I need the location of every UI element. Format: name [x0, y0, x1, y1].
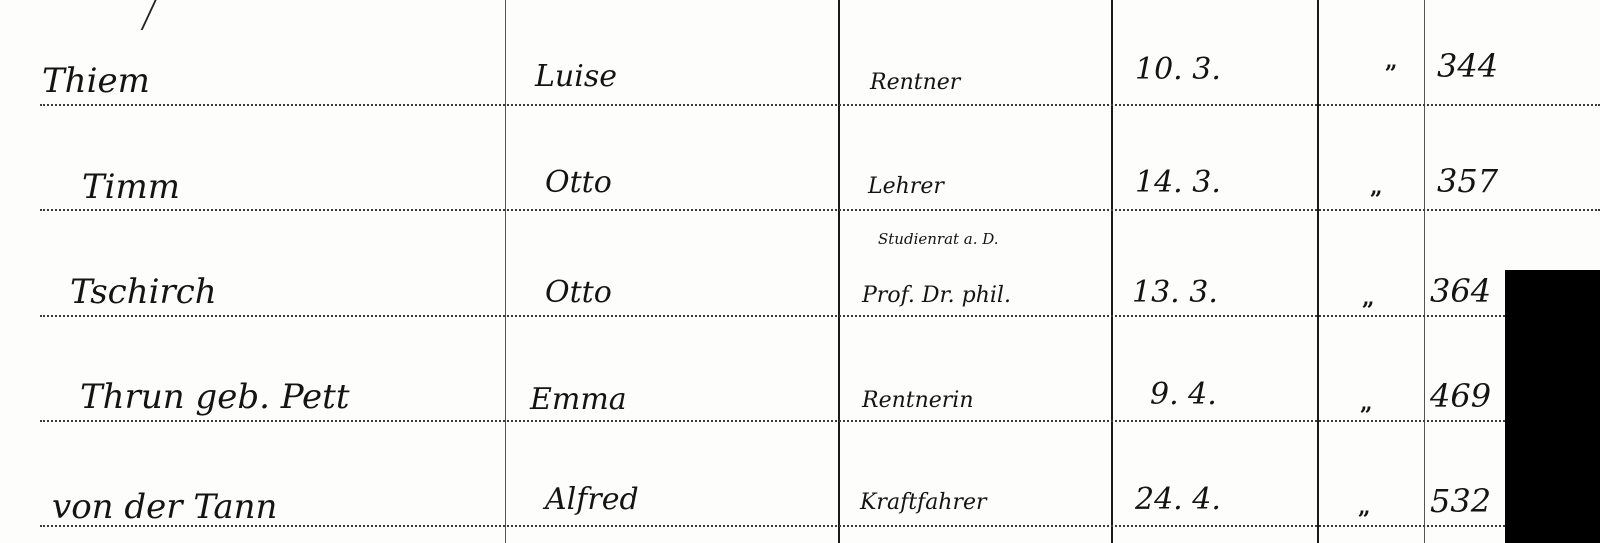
entry-number: 357 — [1437, 165, 1498, 197]
given-name: Emma — [530, 385, 627, 415]
entry-number: 532 — [1430, 485, 1491, 517]
occupation-note: Studienrat a. D. — [878, 232, 999, 247]
surname: Thiem — [42, 64, 150, 98]
entry-number: 469 — [1430, 380, 1491, 412]
column-divider — [505, 0, 506, 543]
occupation: Lehrer — [868, 176, 944, 198]
ink-stroke — [111, 0, 162, 30]
column-divider — [1111, 0, 1113, 543]
date: 24. 4. — [1135, 485, 1221, 515]
column-divider — [1317, 0, 1319, 543]
occupation: Rentner — [870, 72, 960, 94]
given-name: Otto — [545, 168, 612, 198]
given-name: Alfred — [545, 485, 639, 515]
given-name: Otto — [545, 278, 612, 308]
ditto-mark: „ — [1362, 287, 1375, 309]
date: 14. 3. — [1135, 168, 1221, 198]
given-name: Luise — [535, 62, 617, 92]
surname: von der Tann — [52, 490, 277, 524]
row-rule — [40, 209, 1600, 211]
date: 10. 3. — [1135, 55, 1221, 85]
entry-number: 344 — [1437, 50, 1498, 82]
register-page: Thiem Luise Rentner 10. 3. „ 344 Timm Ot… — [0, 0, 1600, 543]
entry-number: 364 — [1430, 275, 1491, 307]
row-rule — [40, 104, 1600, 106]
surname: Thrun geb. Pett — [80, 380, 350, 414]
surname: Tschirch — [70, 275, 217, 309]
ditto-mark: „ — [1370, 176, 1383, 198]
ditto-mark: „ — [1385, 50, 1398, 72]
scan-edge-blackout — [1505, 270, 1600, 543]
occupation: Prof. Dr. phil. — [862, 285, 1011, 307]
ditto-mark: „ — [1358, 496, 1371, 518]
row-rule — [40, 315, 1600, 317]
surname: Timm — [82, 170, 180, 204]
ditto-mark: „ — [1360, 392, 1373, 414]
date: 13. 3. — [1132, 278, 1218, 308]
occupation: Rentnerin — [862, 390, 974, 412]
date: 9. 4. — [1150, 380, 1217, 410]
column-divider — [838, 0, 840, 543]
occupation: Kraftfahrer — [860, 492, 987, 514]
row-rule — [40, 420, 1600, 422]
column-divider — [1424, 0, 1425, 543]
